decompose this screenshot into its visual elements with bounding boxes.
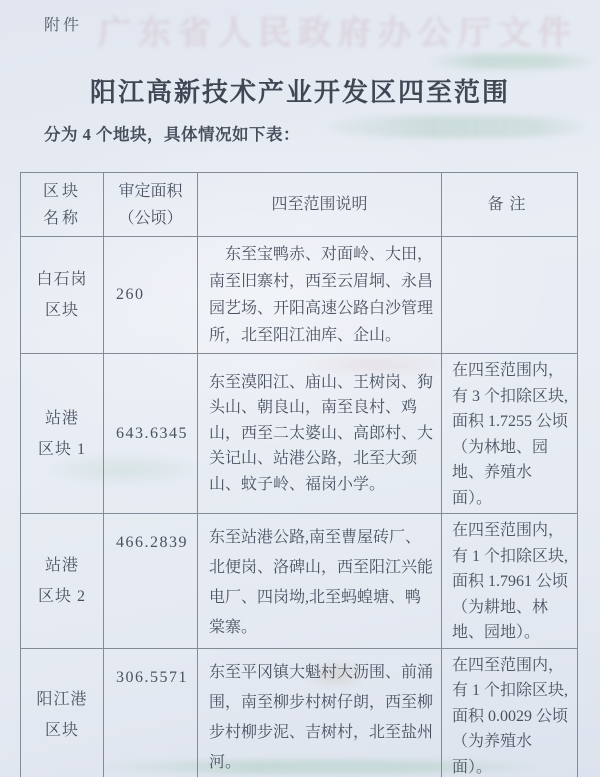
header-block-name: 区块 名称: [21, 173, 104, 237]
intro-text: 分为 4 个地块，具体情况如下表：: [44, 121, 300, 145]
remark-cell: 在四至范围内，有 1 个扣除区块,面积 0.0029 公顷（为养殖水面）。: [442, 648, 578, 777]
scope-cell: 东至平冈镇大魁村大沥围、前涌围，南至柳步村树仔朗，西至柳步村柳步泥、吉树村，北至…: [198, 648, 442, 777]
block-name-cell: 阳江港 区块: [21, 648, 104, 777]
table-header-row: 区块 名称 审定面积 （公顷） 四至范围说明 备注: [21, 173, 578, 237]
table-row: 白石岗 区块 260 东至宝鸭赤、对面岭、大田，南至旧寨村，西至云眉垌、永昌园艺…: [21, 237, 578, 354]
attachment-label: 附件: [44, 12, 82, 35]
scope-cell: 东至站港公路,南至曹屋砖厂、北便岗、洛碑山，西至阳江兴能电厂、四岗坳,北至蚂蝗塘…: [198, 514, 442, 649]
page-title: 阳江高新技术产业开发区四至范围: [0, 72, 600, 109]
scanned-document-page: 广东省人民政府办公厅文件 附件 阳江高新技术产业开发区四至范围 分为 4 个地块…: [0, 0, 600, 777]
scan-smudge: [330, 116, 585, 138]
block-name-cell: 站港 区块 1: [21, 354, 104, 514]
boundary-table: 区块 名称 审定面积 （公顷） 四至范围说明 备注 白石岗 区块 260 东至宝…: [20, 172, 578, 777]
area-cell: 260: [104, 237, 198, 354]
header-area: 审定面积 （公顷）: [104, 173, 198, 237]
scope-cell: 东至宝鸭赤、对面岭、大田，南至旧寨村，西至云眉垌、永昌园艺场、开阳高速公路白沙管…: [198, 237, 442, 354]
area-cell: 306.5571: [104, 648, 198, 777]
header-scope: 四至范围说明: [198, 173, 442, 237]
remark-cell: 在四至范围内，有 1 个扣除区块,面积 1.7961 公顷（为耕地、林地、园地）…: [442, 514, 578, 649]
table-row: 阳江港 区块 306.5571 东至平冈镇大魁村大沥围、前涌围，南至柳步村树仔朗…: [21, 648, 578, 777]
scope-cell: 东至漠阳江、庙山、王树岗、狗头山、朝良山，南至良村、鸡山，西至二太婆山、高郎村、…: [198, 354, 442, 514]
area-cell: 466.2839: [104, 514, 198, 649]
scan-smudge: [428, 54, 593, 69]
header-remark: 备注: [442, 173, 578, 237]
area-cell: 643.6345: [104, 354, 198, 514]
block-name-cell: 站港 区块 2: [21, 514, 104, 649]
bleedthrough-header-text: 广东省人民政府办公厅文件: [98, 7, 600, 54]
block-name-cell: 白石岗 区块: [21, 237, 104, 354]
table-row: 站港 区块 1 643.6345 东至漠阳江、庙山、王树岗、狗头山、朝良山，南至…: [21, 354, 578, 514]
table-row: 站港 区块 2 466.2839 东至站港公路,南至曹屋砖厂、北便岗、洛碑山，西…: [21, 514, 578, 649]
remark-cell: [442, 237, 578, 354]
remark-cell: 在四至范围内，有 3 个扣除区块,面积 1.7255 公顷（为林地、园地、养殖水…: [442, 354, 578, 514]
